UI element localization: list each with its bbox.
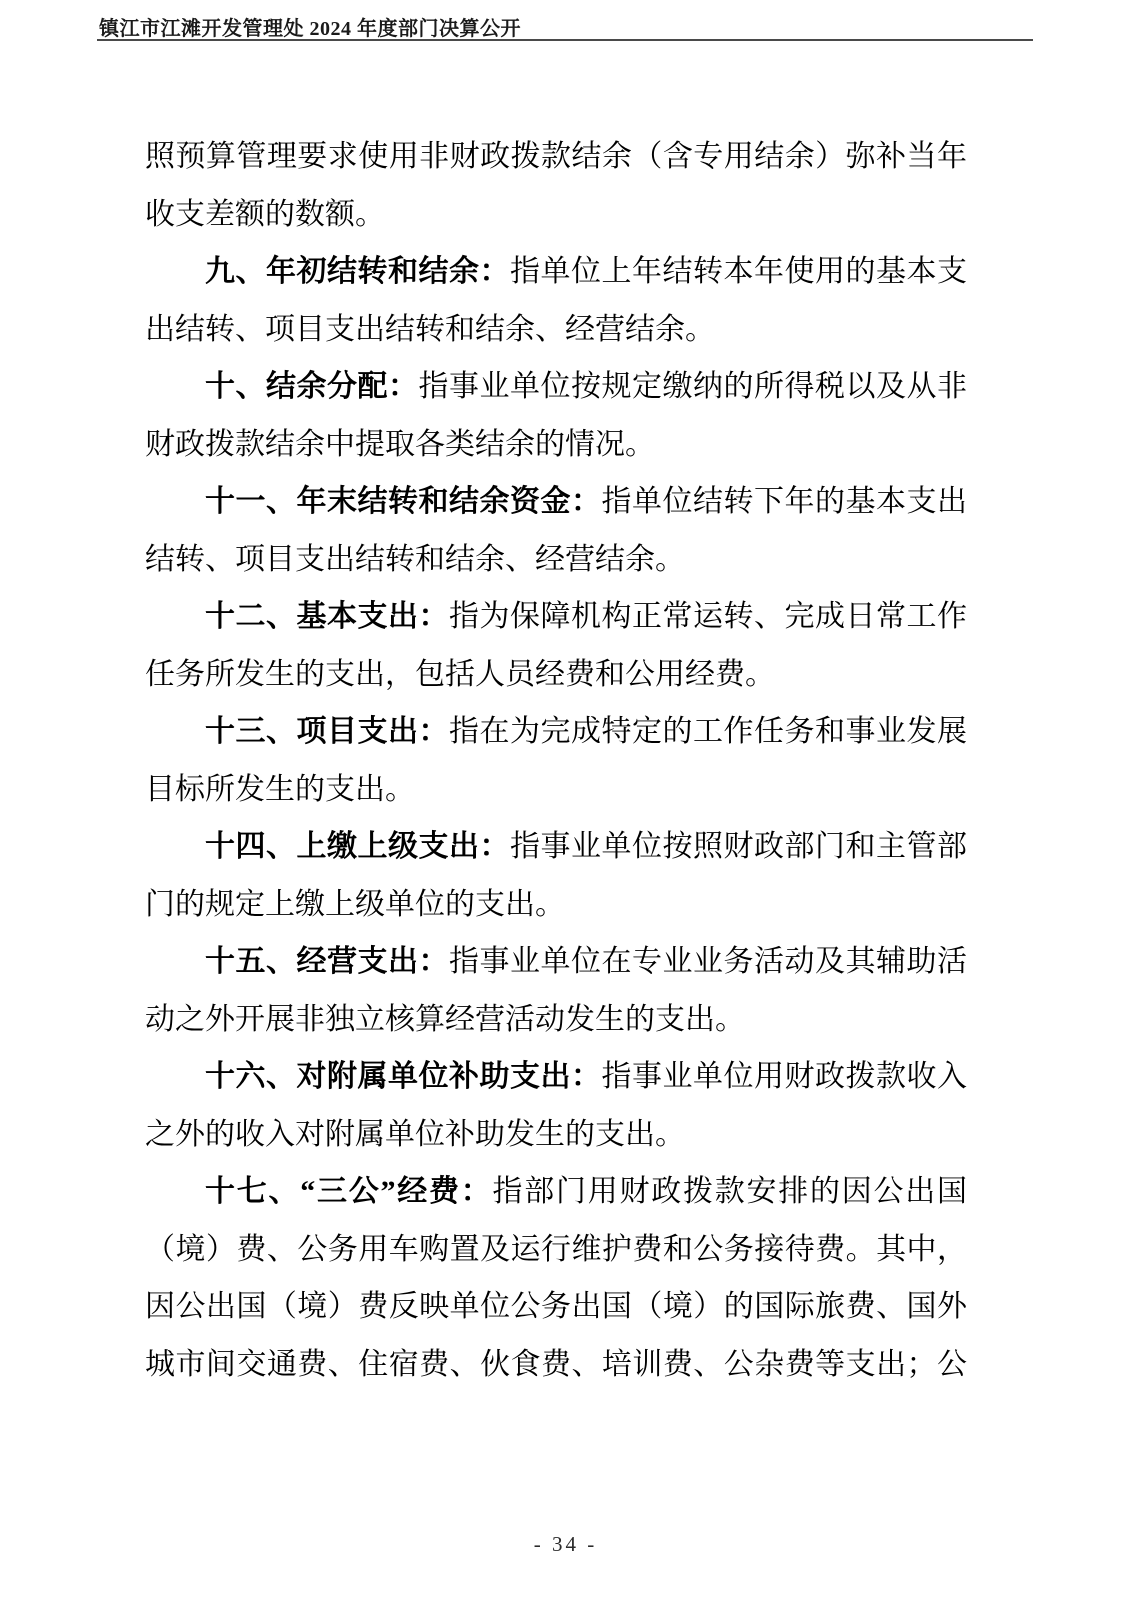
- paragraph-text: 照预算管理要求使用非财政拨款结余（含专用结余）弥补当年收支差额的数额。: [145, 140, 967, 231]
- paragraph: 十二、基本支出：指为保障机构正常运转、完成日常工作任务所发生的支出，包括人员经费…: [145, 588, 967, 703]
- paragraph-lead: 十二、基本支出：: [205, 600, 449, 633]
- document-page: 镇江市江滩开发管理处 2024 年度部门决算公开 照预算管理要求使用非财政拨款结…: [0, 0, 1131, 1600]
- paragraph-lead: 十四、上缴上级支出：: [205, 830, 510, 863]
- paragraph: 九、年初结转和结余：指单位上年结转本年使用的基本支出结转、项目支出结转和结余、经…: [145, 243, 967, 358]
- paragraph-lead: 十三、项目支出：: [205, 715, 449, 748]
- paragraph-lead: 九、年初结转和结余：: [205, 255, 510, 288]
- paragraph: 十七、“三公”经费：指部门用财政拨款安排的因公出国（境）费、公务用车购置及运行维…: [145, 1163, 967, 1393]
- paragraph-lead: 十、结余分配：: [205, 370, 419, 403]
- paragraph: 十一、年末结转和结余资金：指单位结转下年的基本支出结转、项目支出结转和结余、经营…: [145, 473, 967, 588]
- paragraph: 照预算管理要求使用非财政拨款结余（含专用结余）弥补当年收支差额的数额。: [145, 128, 967, 243]
- paragraph-lead: 十六、对附属单位补助支出：: [205, 1060, 602, 1093]
- paragraph-lead: 十五、经营支出：: [205, 945, 449, 978]
- paragraph-lead: 十七、“三公”经费：: [205, 1175, 493, 1208]
- page-header-title: 镇江市江滩开发管理处 2024 年度部门决算公开: [99, 12, 521, 41]
- document-body: 照预算管理要求使用非财政拨款结余（含专用结余）弥补当年收支差额的数额。 九、年初…: [145, 128, 967, 1393]
- paragraph: 十四、上缴上级支出：指事业单位按照财政部门和主管部门的规定上缴上级单位的支出。: [145, 818, 967, 933]
- paragraph: 十五、经营支出：指事业单位在专业业务活动及其辅助活动之外开展非独立核算经营活动发…: [145, 933, 967, 1048]
- page-number: - 34 -: [0, 1532, 1131, 1557]
- paragraph: 十三、项目支出：指在为完成特定的工作任务和事业发展目标所发生的支出。: [145, 703, 967, 818]
- paragraph-lead: 十一、年末结转和结余资金：: [205, 485, 602, 518]
- header-divider: [97, 39, 1033, 41]
- paragraph: 十、结余分配：指事业单位按规定缴纳的所得税以及从非财政拨款结余中提取各类结余的情…: [145, 358, 967, 473]
- paragraph: 十六、对附属单位补助支出：指事业单位用财政拨款收入之外的收入对附属单位补助发生的…: [145, 1048, 967, 1163]
